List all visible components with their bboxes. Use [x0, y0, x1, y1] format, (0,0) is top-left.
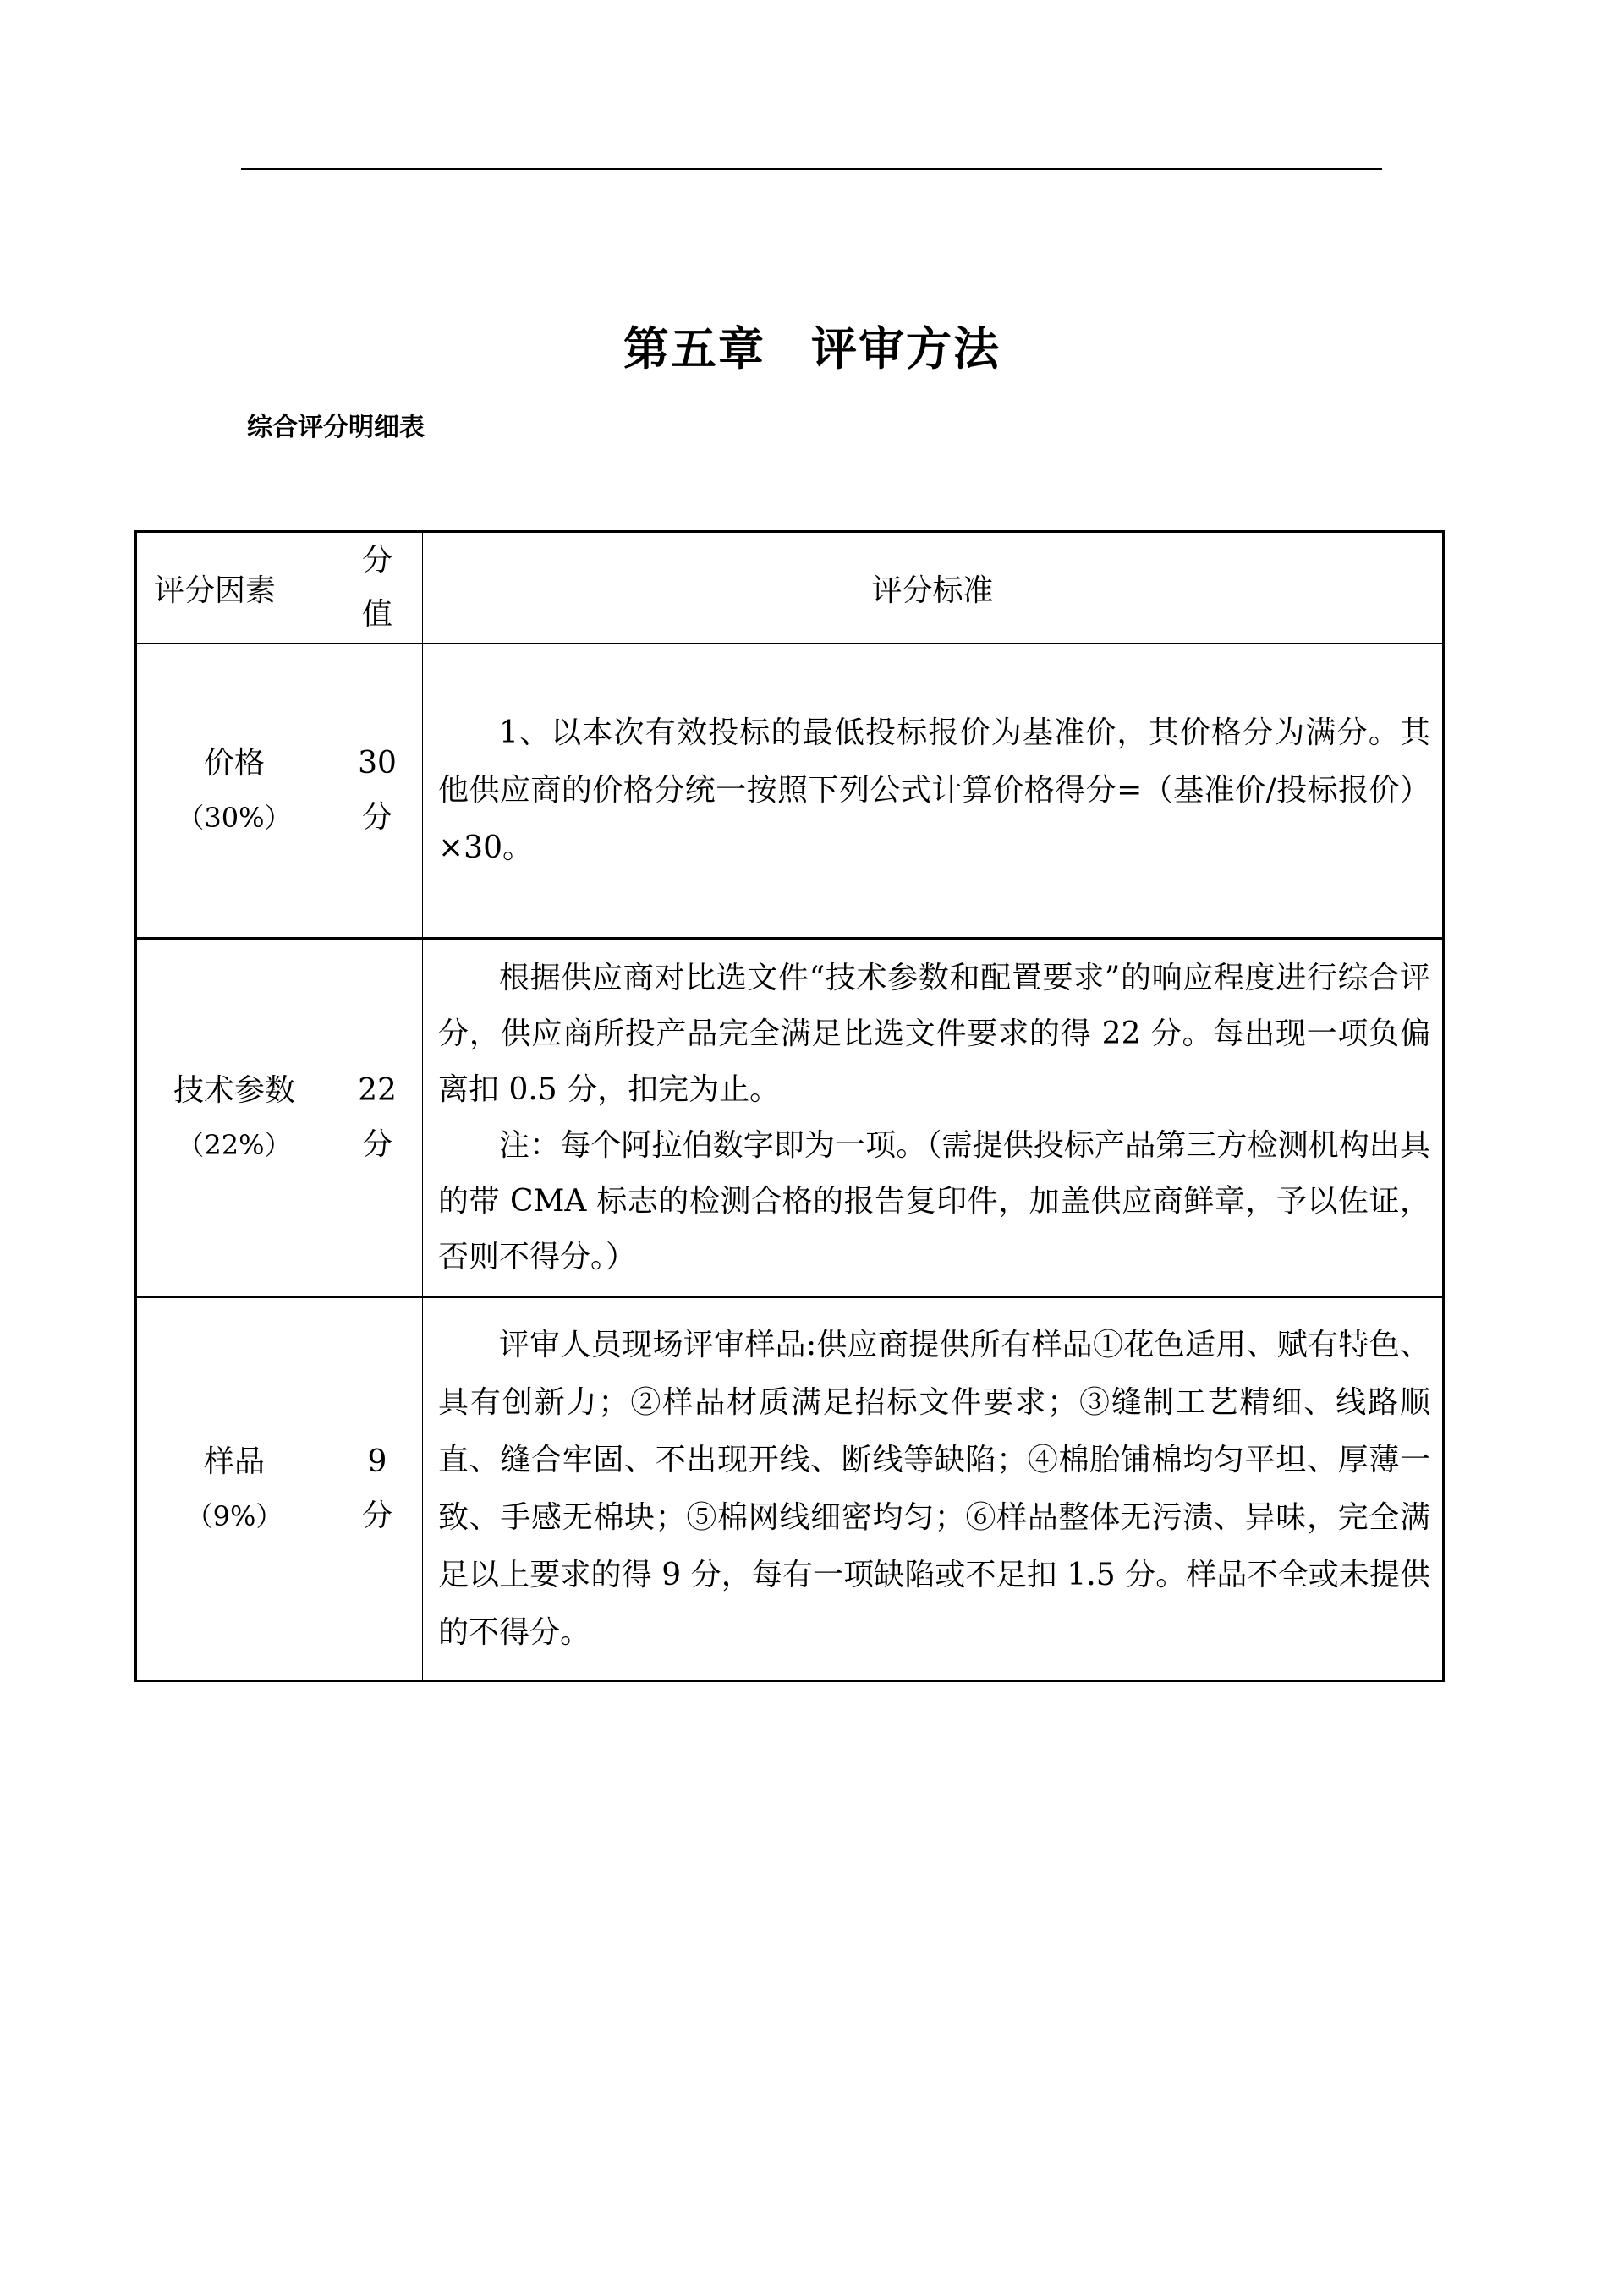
scoring-table: 评分因素 分值 评分标准 价格（30%） 30分 1、以本次有效投标的最低投标报…	[134, 530, 1445, 1682]
criteria-note: 注：每个阿拉伯数字即为一项。（需提供投标产品第三方检测机构出具的带 CMA 标志…	[438, 1118, 1430, 1285]
criteria-cell: 1、以本次有效投标的最低投标报价为基准价，其价格分为满分。其他供应商的价格分统一…	[423, 644, 1444, 939]
factor-cell: 样品（9%）	[136, 1297, 332, 1681]
score-cell: 22分	[332, 939, 423, 1297]
criteria-cell: 评审人员现场评审样品:供应商提供所有样品①花色适用、赋有特色、具有创新力；②样品…	[423, 1297, 1444, 1681]
header-score: 分值	[332, 532, 423, 644]
score-cell: 30分	[332, 644, 423, 939]
table-row: 价格（30%） 30分 1、以本次有效投标的最低投标报价为基准价，其价格分为满分…	[136, 644, 1444, 939]
score-cell: 9分	[332, 1297, 423, 1681]
header-rule	[241, 168, 1382, 170]
criteria-cell: 根据供应商对比选文件“技术参数和配置要求”的响应程度进行综合评分，供应商所投产品…	[423, 939, 1444, 1297]
factor-percent: （30%）	[137, 791, 332, 845]
header-criteria: 评分标准	[423, 532, 1444, 644]
factor-percent: （9%）	[137, 1489, 332, 1543]
factor-cell: 价格（30%）	[136, 644, 332, 939]
table-row: 样品（9%） 9分 评审人员现场评审样品:供应商提供所有样品①花色适用、赋有特色…	[136, 1297, 1444, 1681]
chapter-number: 第五章	[623, 322, 765, 375]
factor-cell: 技术参数（22%）	[136, 939, 332, 1297]
factor-percent: （22%）	[137, 1118, 332, 1172]
table-caption: 综合评分明细表	[247, 406, 425, 443]
chapter-name: 评审方法	[811, 322, 1001, 375]
chapter-title: 第五章评审方法	[0, 313, 1624, 378]
header-factor: 评分因素	[136, 532, 332, 644]
table-row: 技术参数（22%） 22分 根据供应商对比选文件“技术参数和配置要求”的响应程度…	[136, 939, 1444, 1297]
table-header-row: 评分因素 分值 评分标准	[136, 532, 1444, 644]
